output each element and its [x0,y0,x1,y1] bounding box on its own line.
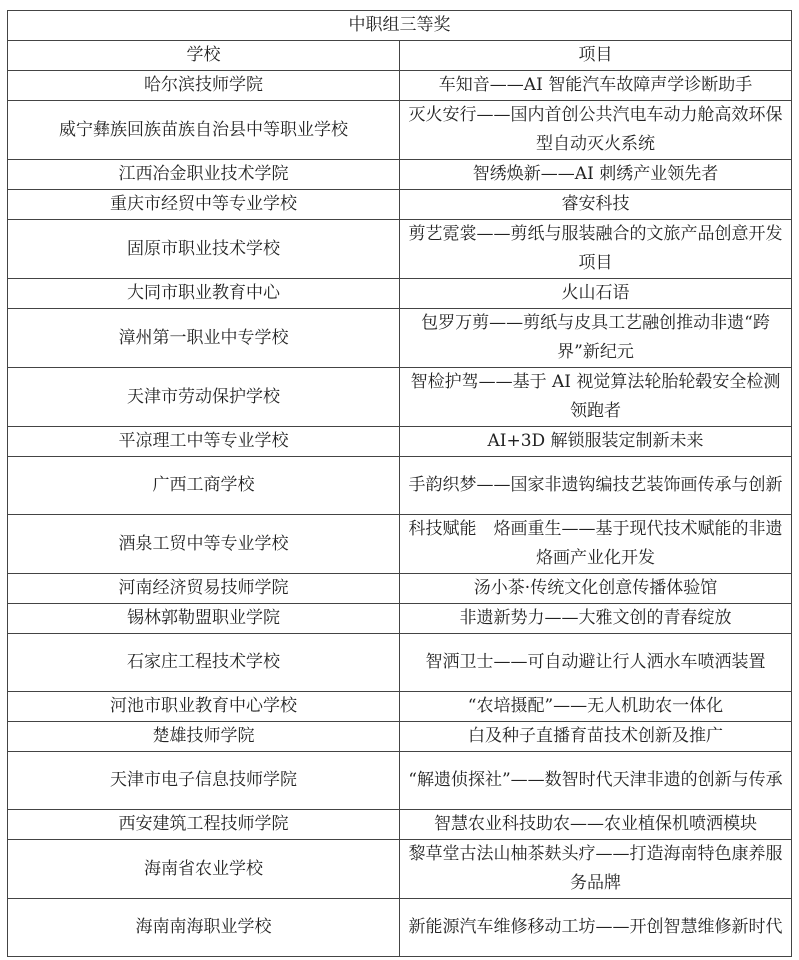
table-row: 石家庄工程技术学校智洒卫士——可自动避让行人洒水车喷洒装置 [8,634,792,692]
project-cell: 睿安科技 [400,190,792,220]
table-row: 河南经济贸易技师学院汤小茶·传统文化创意传播体验馆 [8,574,792,604]
table-row: 大同市职业教育中心火山石语 [8,279,792,309]
table-header-row: 学校 项目 [8,41,792,71]
school-cell: 楚雄技师学院 [8,722,400,752]
project-cell: 智洒卫士——可自动避让行人洒水车喷洒装置 [400,634,792,692]
table-row: 固原市职业技术学校剪艺霓裳——剪纸与服装融合的文旅产品创意开发项目 [8,220,792,279]
school-cell: 江西冶金职业技术学院 [8,160,400,190]
project-cell: 智慧农业科技助农——农业植保机喷洒模块 [400,810,792,840]
school-cell: 锡林郭勒盟职业学院 [8,604,400,634]
school-cell: 大同市职业教育中心 [8,279,400,309]
table-row: 河池市职业教育中心学校“农培摄配”——无人机助农一体化 [8,692,792,722]
project-cell: AI+3D 解锁服装定制新未来 [400,427,792,457]
school-cell: 石家庄工程技术学校 [8,634,400,692]
school-cell: 酒泉工贸中等专业学校 [8,515,400,574]
school-cell: 河南经济贸易技师学院 [8,574,400,604]
school-cell: 天津市劳动保护学校 [8,368,400,427]
project-cell: 剪艺霓裳——剪纸与服装融合的文旅产品创意开发项目 [400,220,792,279]
school-cell: 重庆市经贸中等专业学校 [8,190,400,220]
table-row: 天津市电子信息技师学院“解遗侦探社”——数智时代天津非遗的创新与传承 [8,752,792,810]
table-row: 楚雄技师学院白及种子直播育苗技术创新及推广 [8,722,792,752]
table-title-row: 中职组三等奖 [8,11,792,41]
table-row: 天津市劳动保护学校智检护驾——基于 AI 视觉算法轮胎轮毂安全检测领跑者 [8,368,792,427]
table-row: 重庆市经贸中等专业学校睿安科技 [8,190,792,220]
school-cell: 固原市职业技术学校 [8,220,400,279]
table-row: 西安建筑工程技师学院智慧农业科技助农——农业植保机喷洒模块 [8,810,792,840]
project-cell: 黎草堂古法山柚茶麸头疗——打造海南特色康养服务品牌 [400,840,792,899]
table-row: 哈尔滨技师学院车知音——AI 智能汽车故障声学诊断助手 [8,71,792,101]
project-cell: 非遗新势力——大雅文创的青春绽放 [400,604,792,634]
school-cell: 河池市职业教育中心学校 [8,692,400,722]
school-cell: 哈尔滨技师学院 [8,71,400,101]
project-cell: 科技赋能 烙画重生——基于现代技术赋能的非遗烙画产业化开发 [400,515,792,574]
project-cell: 新能源汽车维修移动工坊——开创智慧维修新时代 [400,899,792,957]
project-cell: 智检护驾——基于 AI 视觉算法轮胎轮毂安全检测领跑者 [400,368,792,427]
project-cell: 手韵织梦——国家非遗钩编技艺装饰画传承与创新 [400,457,792,515]
project-cell: 包罗万剪——剪纸与皮具工艺融创推动非遗“跨界”新纪元 [400,309,792,368]
table-row: 平凉理工中等专业学校AI+3D 解锁服装定制新未来 [8,427,792,457]
table-row: 广西工商学校手韵织梦——国家非遗钩编技艺装饰画传承与创新 [8,457,792,515]
school-cell: 天津市电子信息技师学院 [8,752,400,810]
school-cell: 广西工商学校 [8,457,400,515]
project-cell: 火山石语 [400,279,792,309]
table-title: 中职组三等奖 [8,11,792,41]
award-table: 中职组三等奖 学校 项目 哈尔滨技师学院车知音——AI 智能汽车故障声学诊断助手… [7,10,792,957]
table-row: 锡林郭勒盟职业学院非遗新势力——大雅文创的青春绽放 [8,604,792,634]
table-row: 江西冶金职业技术学院智绣焕新——AI 刺绣产业领先者 [8,160,792,190]
school-cell: 西安建筑工程技师学院 [8,810,400,840]
table-row: 漳州第一职业中专学校包罗万剪——剪纸与皮具工艺融创推动非遗“跨界”新纪元 [8,309,792,368]
school-cell: 海南省农业学校 [8,840,400,899]
project-cell: 车知音——AI 智能汽车故障声学诊断助手 [400,71,792,101]
table-row: 海南省农业学校黎草堂古法山柚茶麸头疗——打造海南特色康养服务品牌 [8,840,792,899]
project-cell: 白及种子直播育苗技术创新及推广 [400,722,792,752]
project-cell: “农培摄配”——无人机助农一体化 [400,692,792,722]
table-row: 酒泉工贸中等专业学校科技赋能 烙画重生——基于现代技术赋能的非遗烙画产业化开发 [8,515,792,574]
school-cell: 漳州第一职业中专学校 [8,309,400,368]
project-cell: 智绣焕新——AI 刺绣产业领先者 [400,160,792,190]
school-cell: 平凉理工中等专业学校 [8,427,400,457]
column-header-school: 学校 [8,41,400,71]
project-cell: 汤小茶·传统文化创意传播体验馆 [400,574,792,604]
project-cell: 灭火安行——国内首创公共汽电车动力舱高效环保型自动灭火系统 [400,101,792,160]
school-cell: 威宁彝族回族苗族自治县中等职业学校 [8,101,400,160]
table-row: 海南南海职业学校新能源汽车维修移动工坊——开创智慧维修新时代 [8,899,792,957]
school-cell: 海南南海职业学校 [8,899,400,957]
project-cell: “解遗侦探社”——数智时代天津非遗的创新与传承 [400,752,792,810]
table-row: 威宁彝族回族苗族自治县中等职业学校灭火安行——国内首创公共汽电车动力舱高效环保型… [8,101,792,160]
column-header-project: 项目 [400,41,792,71]
